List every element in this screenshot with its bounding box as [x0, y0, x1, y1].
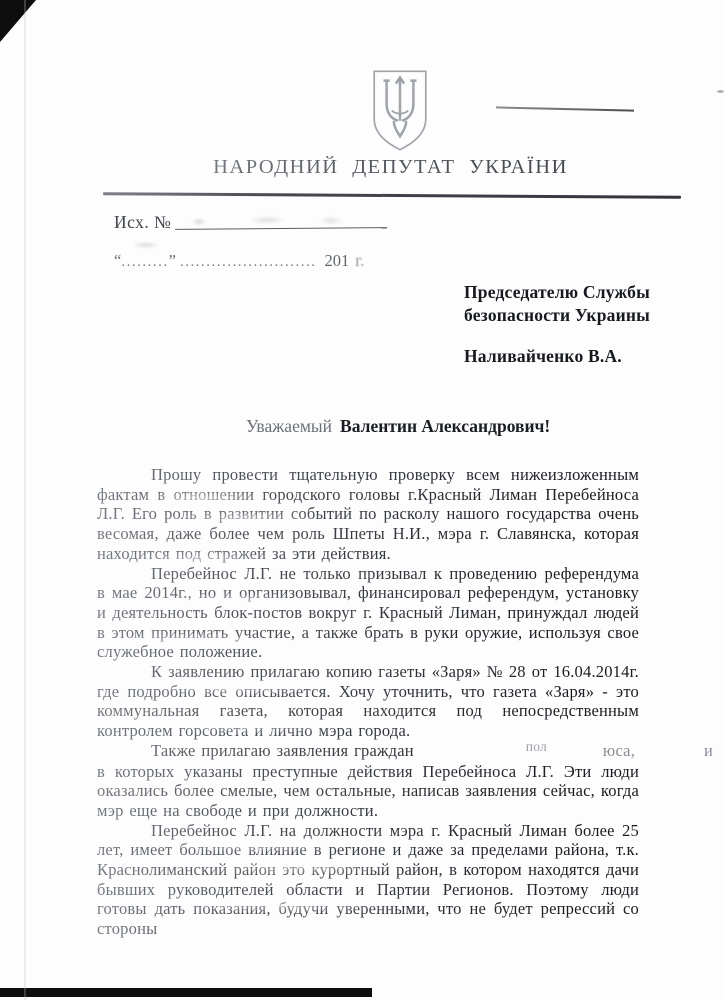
letterhead-title: НАРОДНИЙ ДЕПУТАТ УКРАЇНИ [123, 156, 658, 179]
letterhead-rule [103, 192, 681, 198]
outgoing-number-label: Исх. № [114, 212, 171, 232]
salutation-prefix: Уважаемый [246, 416, 332, 436]
paragraph-4-intro: Также прилагаю заявления граждан [151, 741, 414, 760]
paragraph-4-rest: в которых указаны преступные действия Пе… [97, 762, 639, 821]
ukraine-trident-icon [367, 67, 433, 154]
scan-artifact-corner [0, 0, 36, 42]
redacted-fragment: юса, [549, 741, 635, 761]
scanned-letter-page: НАРОДНИЙ ДЕПУТАТ УКРАЇНИ Исх. № “.......… [0, 0, 726, 1000]
letter-body: Прошу провести тщательную проверку всем … [97, 465, 639, 939]
outgoing-number-line: Исх. № [114, 212, 387, 233]
redacted-fragment: пол [472, 737, 547, 757]
addressee-line-1: Председателю Службы [464, 281, 650, 304]
paragraph-3: К заявлению прилагаю копию газеты «Заря»… [97, 662, 639, 741]
scan-artifact-bottom-bar [0, 988, 372, 997]
paragraph-2: Перебейнос Л.Г. не только призывал к про… [97, 564, 639, 663]
addressee-line-2: безопасности Украины [464, 304, 650, 327]
letterhead-top-line [496, 106, 634, 111]
date-year: 201 [325, 251, 350, 270]
salutation: УважаемыйВалентин Александрович! [246, 416, 550, 437]
redacted-names: полюса,ииЭтл.Д., [414, 741, 726, 760]
paragraph-4-first-line: Также прилагаю заявления гражданполюса,и… [97, 741, 639, 762]
redacted-fragment: и [650, 741, 713, 761]
paragraph-5: Перебейнос Л.Г. на должности мэра г. Кра… [97, 821, 639, 939]
date-close-quote: ” [169, 251, 176, 270]
addressee-block: Председателю Службы безопасности Украины… [464, 281, 650, 368]
paragraph-1: Прошу провести тщательную проверку всем … [97, 465, 639, 564]
date-line: “.........” ..........................20… [114, 251, 364, 271]
scan-speck [717, 90, 724, 93]
outgoing-number-blank [175, 212, 387, 230]
addressee-name: Наливайченко В.А. [464, 345, 650, 368]
scan-fold-line [24, 0, 26, 1000]
date-month-dots: .......................... [180, 254, 317, 270]
salutation-name: Валентин Александрович! [340, 416, 550, 436]
paragraph-4: Также прилагаю заявления гражданполюса,и… [97, 741, 639, 821]
date-day-dots: ......... [121, 254, 168, 270]
date-year-suffix: г. [355, 251, 364, 270]
